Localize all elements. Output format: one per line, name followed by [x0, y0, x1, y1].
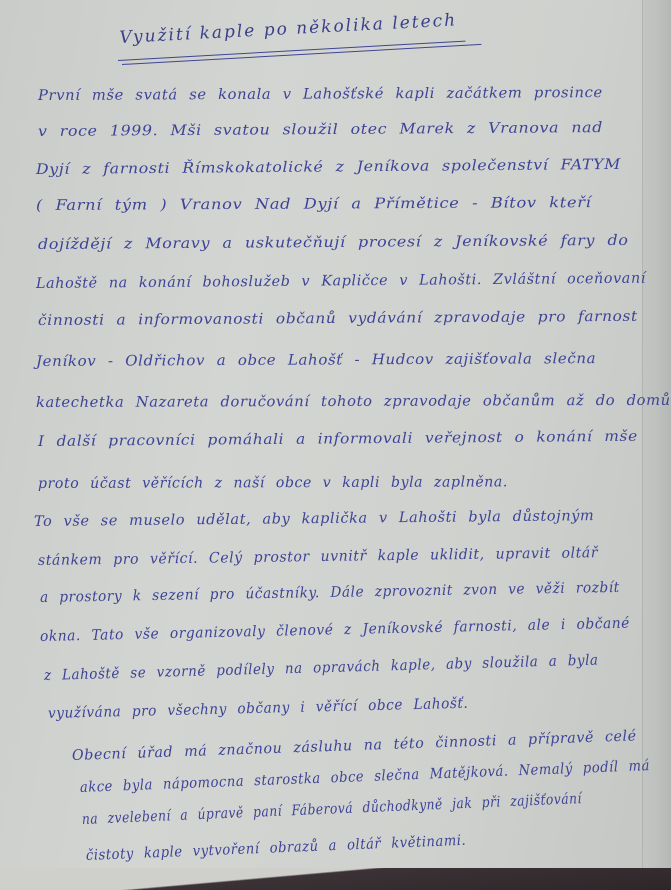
handwritten-line: okna. Tato vše organizovaly členové z Je… — [40, 616, 630, 645]
handwritten-line: Dyjí z farnosti Římskokatolické z Jeníko… — [36, 157, 621, 178]
handwritten-line: činnosti a informovanosti občanů vydáván… — [38, 309, 638, 329]
handwritten-line: na zvelebení a úpravě paní Fáberová důch… — [82, 791, 583, 828]
handwritten-line: v roce 1999. Mši svatou sloužil otec Mar… — [38, 120, 603, 140]
handwritten-line: To vše se muselo udělat, aby kaplička v … — [34, 508, 594, 530]
handwritten-line: a prostory k sezení pro účastníky. Dále … — [40, 580, 620, 606]
book-shadow — [0, 868, 671, 890]
handwritten-line: využívána pro všechny občany i věřící ob… — [48, 696, 469, 722]
handwritten-line: Obecní úřad má značnou zásluhu na této č… — [72, 728, 637, 764]
handwritten-line: Jeníkov - Oldřichov a obce Lahošť - Hudc… — [36, 351, 596, 370]
handwritten-line: Lahoště na konání bohoslužeb v Kapličce … — [36, 271, 646, 292]
handwritten-line: katechetka Nazareta doručování tohoto zp… — [36, 393, 671, 411]
handwritten-line: První mše svatá se konala v Lahošťské ka… — [38, 85, 603, 104]
handwritten-line: čistoty kaple vytvoření obrazů a oltář k… — [86, 833, 467, 864]
handwritten-line: proto účast věřících z naší obce v kapli… — [38, 474, 508, 492]
handwritten-line: ( Farní tým ) Vranov Nad Dyjí a Přímětic… — [36, 195, 592, 214]
handwritten-page: Využití kaple po několika letech První m… — [0, 0, 671, 875]
title-underline-second — [122, 44, 481, 65]
handwritten-line: akce byla nápomocna starostka obce slečn… — [80, 758, 651, 796]
page-title: Využití kaple po několika letech — [119, 10, 458, 48]
page-edge — [642, 0, 671, 875]
handwritten-line: dojíždějí z Moravy a uskutečňují procesí… — [38, 233, 629, 253]
handwritten-line: stánkem pro věřící. Celý prostor uvnitř … — [38, 545, 598, 569]
handwritten-line: I další pracovníci pomáhali a informoval… — [38, 429, 638, 450]
handwritten-line: z Lahoště se vzorně podílely na opravách… — [44, 653, 599, 684]
